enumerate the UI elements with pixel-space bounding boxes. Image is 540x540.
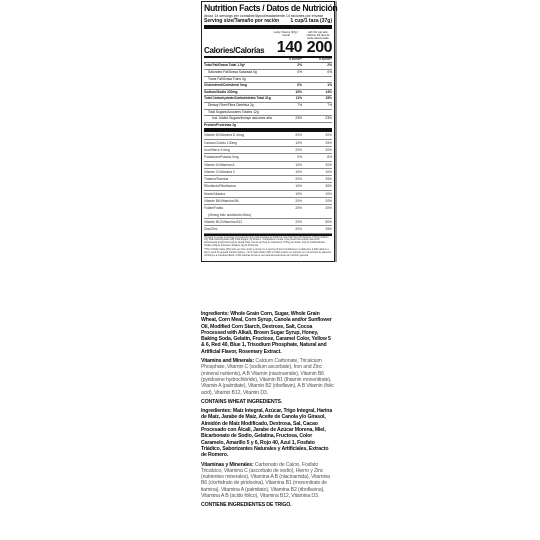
nutrient-row: Protein/Proteínas 2g bbox=[204, 123, 332, 133]
nutrients-table: Total Fat/Grasa Total 1.5g*2%2% Saturate… bbox=[204, 63, 332, 132]
nutrient-row: Total Carbohydrate/Carbohidrato Total 31… bbox=[204, 96, 332, 103]
nutrient-row: Dietary Fiber/Fibra Dietética 2g7%7% bbox=[204, 103, 332, 110]
vitamins-en: Vitamins and Minerals: Calcium Carbonate… bbox=[201, 358, 335, 396]
nutrient-row: Trans Fat/Grasa Trans 0g bbox=[204, 77, 332, 84]
ingredients-section: Ingredients: Whole Grain Corn, Sugar, Wh… bbox=[201, 311, 335, 512]
calories-label: Calories/Calorías bbox=[204, 46, 272, 56]
vitamin-row: Calcium/Calcio 130mg10%25% bbox=[204, 140, 332, 147]
nutrient-row: Incl. Added Sugars/Incluye azúcares añad… bbox=[204, 116, 332, 123]
vitamin-row: Potassium/Potasio 0mg0%8% bbox=[204, 154, 332, 161]
ingredients-es: Ingredientes: Maíz Integral, Azúcar, Tri… bbox=[201, 408, 335, 458]
ingredients-en: Ingredients: Whole Grain Corn, Sugar, Wh… bbox=[201, 311, 335, 355]
vitamin-row: Thiamin/Tiamina20%25% bbox=[204, 176, 332, 183]
calories-col1: 140 bbox=[272, 40, 302, 56]
serving-size: Serving size/Tamaño por ración 1 cup/1 t… bbox=[204, 18, 332, 29]
footnote-daily-value: **The % Daily Value (DV) tells you how m… bbox=[204, 249, 332, 258]
vitamin-row: Vitamin C/Vitamina C10%10% bbox=[204, 169, 332, 176]
nutrient-row: Cholesterol/Colesterol 0mg0%1% bbox=[204, 83, 332, 90]
nutrient-row: Saturated Fat/Grasa Saturada 0g0%0% bbox=[204, 70, 332, 77]
serving-size-value: 1 cup/1 taza (37g) bbox=[290, 18, 332, 24]
vitamin-row: Zinc/Zinc20%25% bbox=[204, 226, 332, 233]
vitamin-row: Vitamin D/Vitamina D 4mcg20%20% bbox=[204, 132, 332, 139]
vitamin-row: Vitamin A/Vitamina A10%20% bbox=[204, 162, 332, 169]
allergen-en: CONTAINS WHEAT INGREDIENTS. bbox=[201, 399, 335, 405]
nutrient-row: Total Sugars/Azúcares Totales 12g bbox=[204, 110, 332, 117]
footnotes: *Amount in cereal. A serving of cereal p… bbox=[204, 234, 332, 259]
dv-header-col1: % DV/VD** bbox=[272, 58, 302, 62]
vitamins-table: Vitamin D/Vitamina D 4mcg20%20% Calcium/… bbox=[204, 132, 332, 233]
calories-col2: 200 bbox=[302, 40, 332, 56]
vitamin-row: Niacin/Niacina10%10% bbox=[204, 191, 332, 198]
nutrient-row: Sodium/Sodio 230mg10%14% bbox=[204, 90, 332, 97]
vitamin-row: Vitamin B12/Vitamina B1220%50% bbox=[204, 219, 332, 226]
nutrition-facts-panel: Nutrition Facts / Datos de Nutrición Abo… bbox=[201, 1, 335, 262]
panel-title: Nutrition Facts / Datos de Nutrición bbox=[204, 3, 322, 14]
allergen-es: CONTIENE INGREDIENTES DE TRIGO. bbox=[201, 502, 335, 508]
calories-row: Calories/Calorías 140 200 bbox=[204, 40, 332, 58]
footnote-amount: *Amount in cereal. A serving of cereal p… bbox=[204, 237, 332, 249]
vitamin-row: Vitamin B6/Vitamina B620%20% bbox=[204, 198, 332, 205]
serving-size-label: Serving size/Tamaño por ración bbox=[204, 18, 279, 24]
nutrient-row: Total Fat/Grasa Total 1.5g*2%2% bbox=[204, 63, 332, 70]
vitamins-es: Vitaminas y Minerales: Carbonato de Calc… bbox=[201, 462, 335, 500]
vitamin-row: Iron/Hierro 3.6mg20%20% bbox=[204, 147, 332, 154]
vitamin-row: Riboflavin/Riboflavina10%35% bbox=[204, 183, 332, 190]
dv-header-col2: % DV/VD** bbox=[302, 58, 332, 62]
vitamin-row: (40mcg folic acid/ácido fólico) bbox=[204, 212, 332, 219]
